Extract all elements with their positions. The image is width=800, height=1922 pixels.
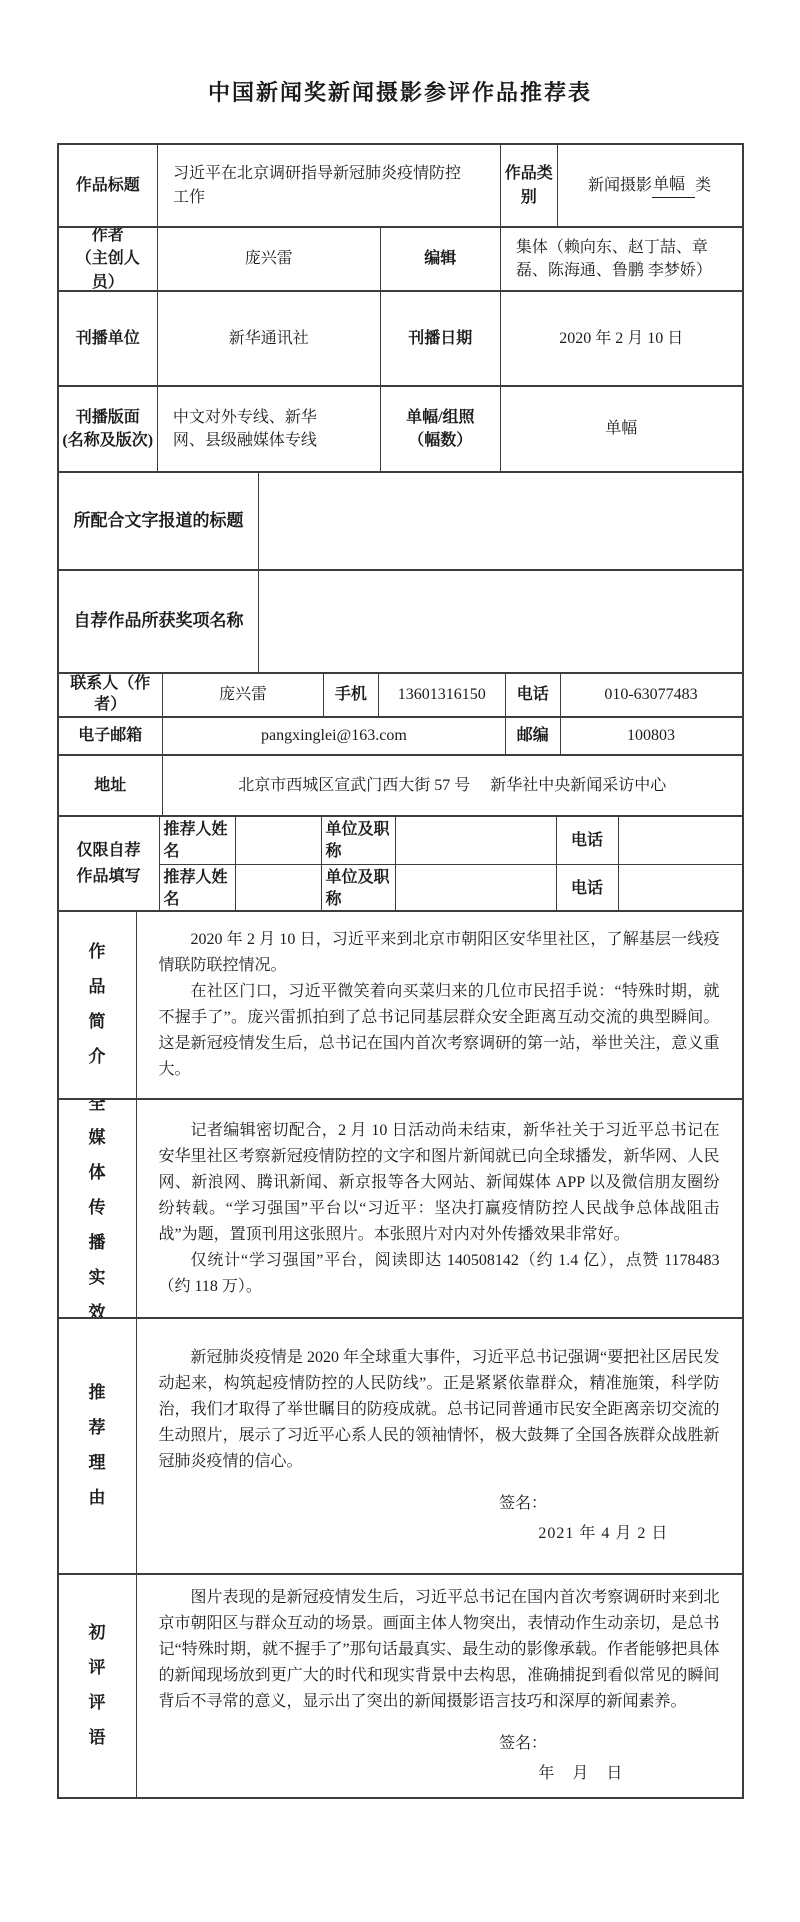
single-group-label: 单幅/组照（幅数）: [381, 387, 501, 471]
recommendation-label: 推荐理由: [59, 1319, 137, 1573]
recommendation-sign-label: 签名：: [159, 1491, 720, 1517]
category-underlined: 单幅: [652, 173, 695, 197]
recommender1-phone-label: 电话: [557, 817, 619, 864]
editor-value: 集体（赖向东、赵丁喆、章 磊、陈海通、鲁鹏 李梦娇）: [501, 228, 742, 290]
work-title-label: 作品标题: [59, 145, 158, 226]
recommendation-body: 新冠肺炎疫情是 2020 年全球重大事件，习近平总书记强调“要把社区居民发动起来…: [137, 1319, 742, 1573]
review-p1: 图片表现的是新冠疫情发生后，习近平总书记在国内首次考察调研时来到北京市朝阳区与群…: [159, 1585, 720, 1715]
recommender2-org-value: [396, 865, 557, 912]
section-work-summary: 作品简介 2020 年 2 月 10 日，习近平来到北京市朝阳区安华里社区，了解…: [59, 912, 742, 1100]
review-sign-date: 年 月 日: [159, 1761, 720, 1787]
work-summary-p1: 2020 年 2 月 10 日，习近平来到北京市朝阳区安华里社区，了解基层一线疫…: [159, 927, 720, 979]
row-publish-unit-date: 刊播单位 新华通讯社 刊播日期 2020 年 2 月 10 日: [59, 292, 742, 387]
self-rec-rows: 推荐人姓名 单位及职称 电话 推荐人姓名 单位及职称 电话: [160, 817, 742, 910]
recommender2-phone-value: [619, 865, 742, 912]
publish-date-label: 刊播日期: [381, 292, 501, 385]
publish-page-label-line1: 刊播版面: [62, 406, 153, 429]
publish-unit-value: 新华通讯社: [158, 292, 381, 385]
row-email: 电子邮箱 pangxinglei@163.com 邮编 100803: [59, 718, 742, 756]
publish-page-label-line2: (名称及版次): [62, 429, 153, 452]
recommender2-name-value: [236, 865, 322, 912]
mobile-label: 手机: [324, 674, 379, 716]
recommendation-sign-date: 2021 年 4 月 2 日: [159, 1521, 720, 1547]
address-label: 地址: [59, 756, 163, 815]
recommender1-phone-value: [619, 817, 742, 864]
email-value: pangxinglei@163.com: [163, 718, 506, 754]
work-title-value: 习近平在北京调研指导新冠肺炎疫情防控 工作: [158, 145, 501, 226]
row-publish-page: 刊播版面(名称及版次) 中文对外专线、新华 网、县级融媒体专线 单幅/组照（幅数…: [59, 387, 742, 473]
mobile-value: 13601316150: [379, 674, 506, 716]
review-body: 图片表现的是新冠疫情发生后，习近平总书记在国内首次考察调研时来到北京市朝阳区与群…: [137, 1575, 742, 1797]
row-text-report-title: 所配合文字报道的标题: [59, 473, 742, 571]
row-author-editor: 作者（主创人员） 庞兴雷 编辑 集体（赖向东、赵丁喆、章 磊、陈海通、鲁鹏 李梦…: [59, 228, 742, 292]
work-category-value: 新闻摄影单幅 类: [558, 145, 742, 226]
single-group-label-line1: 单幅/组照: [406, 406, 474, 429]
work-summary-body: 2020 年 2 月 10 日，习近平来到北京市朝阳区安华里社区，了解基层一线疫…: [137, 912, 742, 1098]
self-award-value: [259, 571, 741, 672]
recommender1-org-value: [396, 817, 557, 864]
row-address: 地址 北京市西城区宣武门西大街 57 号 新华社中央新闻采访中心: [59, 756, 742, 817]
recommender2-name-label: 推荐人姓名: [160, 865, 236, 912]
work-summary-p2: 在社区门口，习近平微笑着向买菜归来的几位市民招手说：“特殊时期，就不握手了”。庞…: [159, 979, 720, 1083]
page-title: 中国新闻奖新闻摄影参评作品推荐表: [0, 76, 800, 143]
publish-page-label: 刊播版面(名称及版次): [59, 387, 158, 471]
review-signature: 签名： 年 月 日: [159, 1731, 720, 1787]
media-effect-body: 记者编辑密切配合，2 月 10 日活动尚未结束，新华社关于习近平总书记在安华里社…: [137, 1100, 742, 1317]
section-media-effect: 全媒体传播实效 记者编辑密切配合，2 月 10 日活动尚未结束，新华社关于习近平…: [59, 1100, 742, 1319]
text-report-title-value: [259, 473, 741, 569]
self-rec-row-1: 推荐人姓名 单位及职称 电话: [160, 817, 742, 865]
recommender2-phone-label: 电话: [557, 865, 619, 912]
publish-page-value: 中文对外专线、新华 网、县级融媒体专线: [158, 387, 381, 471]
work-summary-label-text: 作品简介: [88, 935, 107, 1074]
single-group-value: 单幅: [501, 387, 742, 471]
phone-label: 电话: [506, 674, 561, 716]
work-summary-label: 作品简介: [59, 912, 137, 1098]
review-label-text: 初评评语: [88, 1616, 107, 1755]
self-rec-label-text: 仅限自荐作品填写: [77, 838, 141, 889]
recommendation-p1: 新冠肺炎疫情是 2020 年全球重大事件，习近平总书记强调“要把社区居民发动起来…: [159, 1345, 720, 1475]
recommender1-name-label: 推荐人姓名: [160, 817, 236, 864]
media-effect-label: 全媒体传播实效: [59, 1100, 137, 1317]
self-award-label: 自荐作品所获奖项名称: [59, 571, 260, 672]
phone-value: 010-63077483: [561, 674, 742, 716]
editor-label: 编辑: [381, 228, 501, 290]
author-label-line2: （主创人员）: [67, 247, 149, 290]
single-group-label-line2: （幅数）: [406, 429, 474, 452]
media-effect-label-text: 全媒体传播实效: [88, 1100, 107, 1317]
review-sign-label: 签名：: [159, 1731, 720, 1757]
publish-date-value: 2020 年 2 月 10 日: [501, 292, 742, 385]
recommender2-org-label: 单位及职称: [322, 865, 396, 912]
self-rec-row-2: 推荐人姓名 单位及职称 电话: [160, 865, 742, 912]
author-value: 庞兴雷: [158, 228, 381, 290]
media-effect-p2: 仅统计“学习强国”平台，阅读即达 140508142（约 1.4 亿），点赞 1…: [159, 1248, 720, 1300]
category-suffix: 类: [695, 174, 711, 197]
row-self-recommend-block: 仅限自荐作品填写 推荐人姓名 单位及职称 电话 推荐人姓名 单位及职称 电话: [59, 817, 742, 912]
email-label: 电子邮箱: [59, 718, 163, 754]
work-category-label: 作品类别: [501, 145, 558, 226]
recommendation-label-text: 推荐理由: [88, 1376, 107, 1515]
text-report-title-label: 所配合文字报道的标题: [59, 473, 260, 569]
category-prefix: 新闻摄影: [588, 174, 652, 197]
contact-value: 庞兴雷: [163, 674, 324, 716]
recommendation-signature: 签名： 2021 年 4 月 2 日: [159, 1491, 720, 1547]
review-label: 初评评语: [59, 1575, 137, 1797]
row-self-award: 自荐作品所获奖项名称: [59, 571, 742, 674]
media-effect-p1: 记者编辑密切配合，2 月 10 日活动尚未结束，新华社关于习近平总书记在安华里社…: [159, 1118, 720, 1248]
publish-unit-label: 刊播单位: [59, 292, 158, 385]
postcode-value: 100803: [561, 718, 742, 754]
contact-label: 联系人（作者）: [59, 674, 163, 716]
section-recommendation: 推荐理由 新冠肺炎疫情是 2020 年全球重大事件，习近平总书记强调“要把社区居…: [59, 1319, 742, 1575]
author-label-line1: 作者: [67, 228, 149, 247]
row-contact: 联系人（作者） 庞兴雷 手机 13601316150 电话 010-630774…: [59, 674, 742, 718]
recommender1-name-value: [236, 817, 322, 864]
row-work-title: 作品标题 习近平在北京调研指导新冠肺炎疫情防控 工作 作品类别 新闻摄影单幅 类: [59, 145, 742, 228]
author-label: 作者（主创人员）: [59, 228, 158, 290]
self-rec-label: 仅限自荐作品填写: [59, 817, 160, 910]
postcode-label: 邮编: [506, 718, 561, 754]
recommender1-org-label: 单位及职称: [322, 817, 396, 864]
recommendation-form-table: 作品标题 习近平在北京调研指导新冠肺炎疫情防控 工作 作品类别 新闻摄影单幅 类…: [57, 143, 744, 1799]
address-value: 北京市西城区宣武门西大街 57 号 新华社中央新闻采访中心: [163, 756, 742, 815]
section-review: 初评评语 图片表现的是新冠疫情发生后，习近平总书记在国内首次考察调研时来到北京市…: [59, 1575, 742, 1797]
